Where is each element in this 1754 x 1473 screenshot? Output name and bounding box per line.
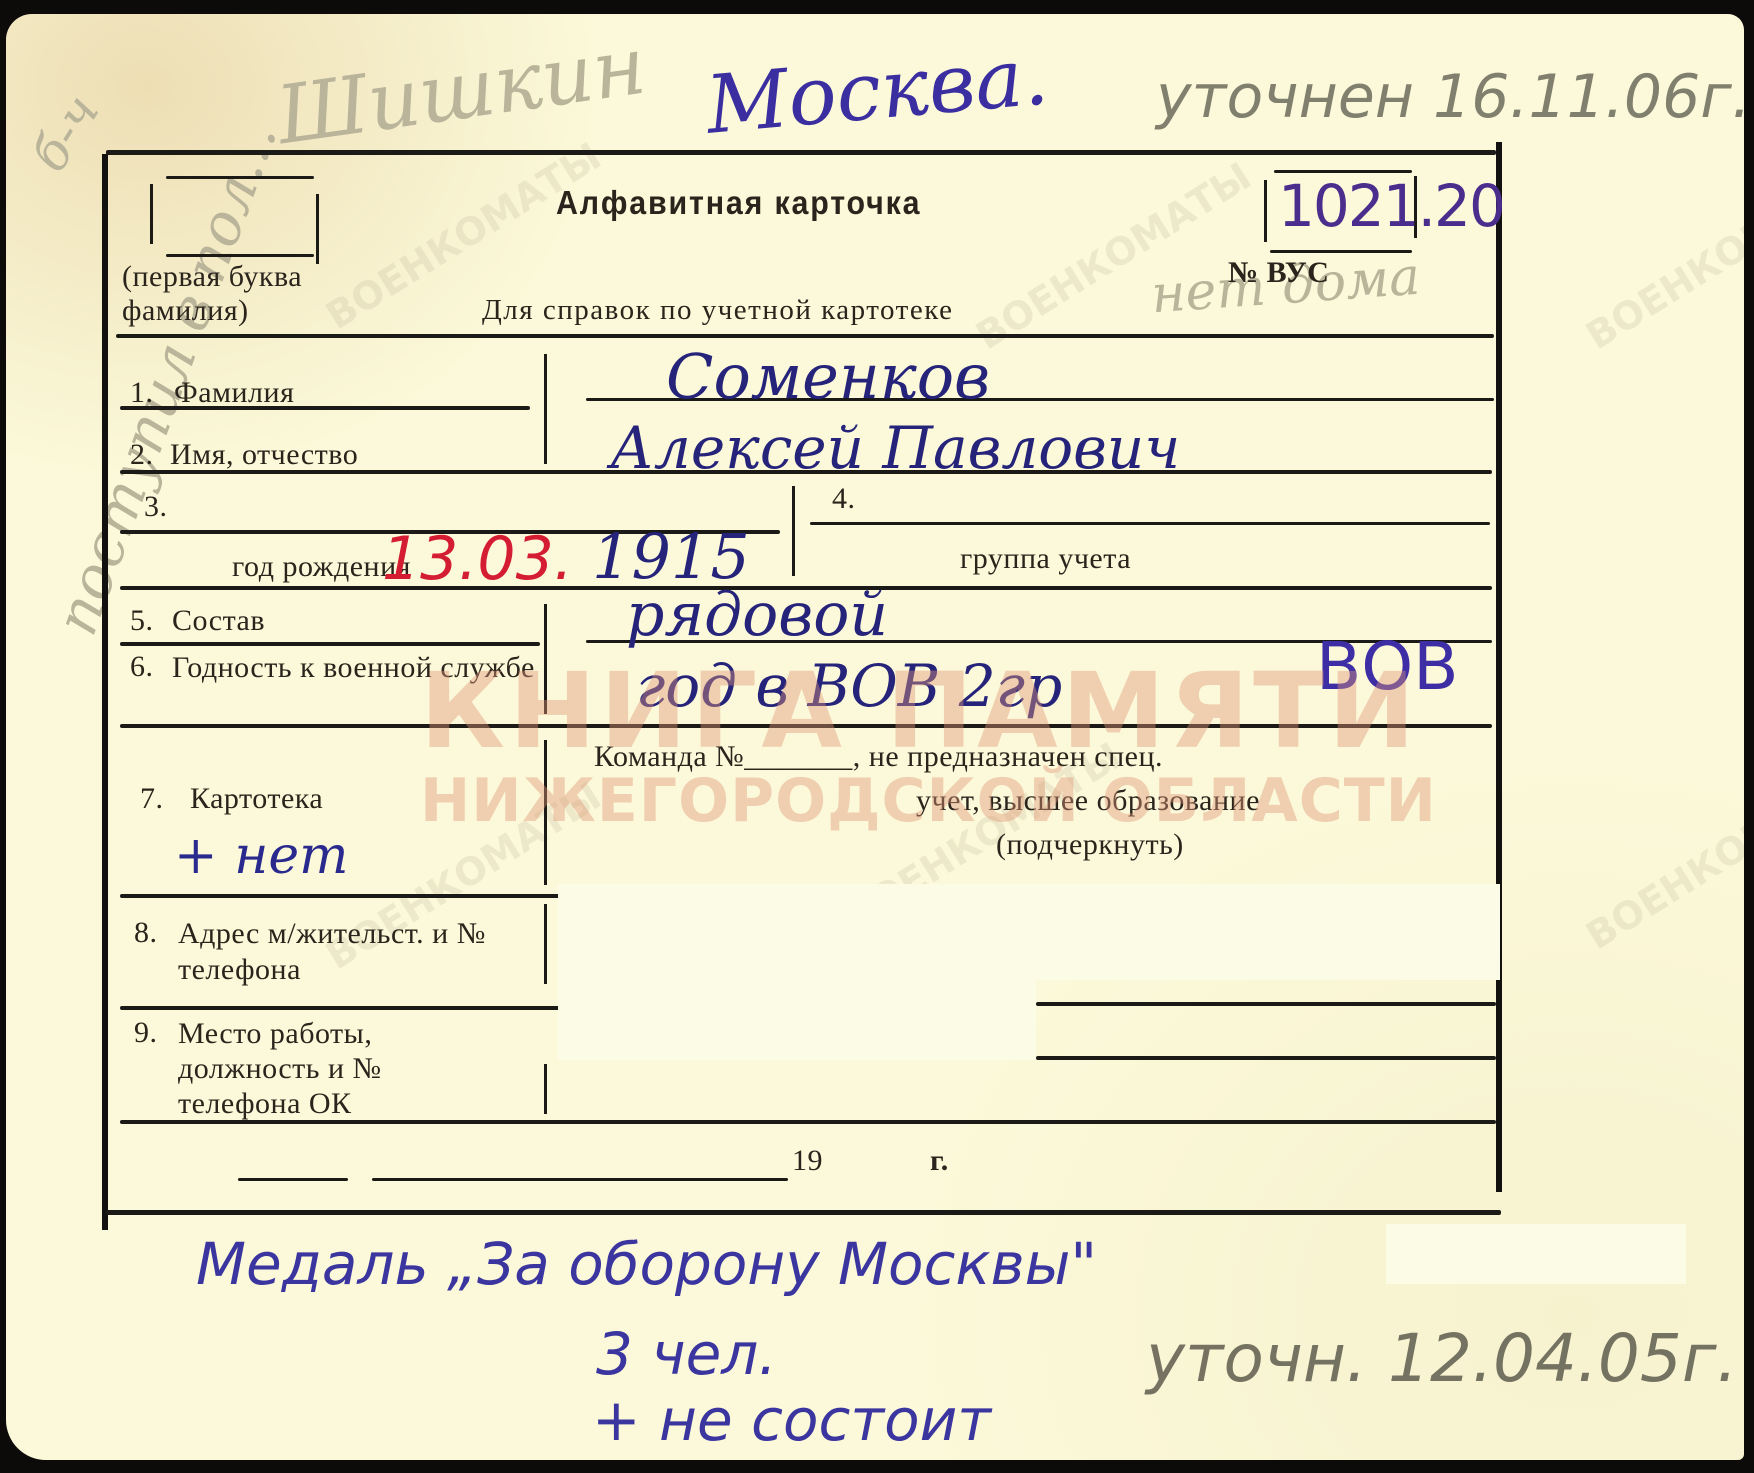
letter-box-top [166,176,314,179]
command-line-1: Команда №_______, не предназначен спец. [594,740,1163,774]
date-blank-day [238,1178,348,1181]
field-9-label: Место работы, должность и № телефона ОК [178,1016,468,1121]
field-9-num: 9. [134,1016,158,1050]
redacted-bottom-note [1386,1224,1686,1284]
letter-box-left [150,184,153,244]
date-year-suffix: г. [930,1144,949,1178]
watermark-diagonal: ВОЕНКОМАТЫ [1578,154,1744,358]
frame-left [102,154,108,1230]
field-4-num: 4. [832,482,856,516]
clarified-annotation-bottom: уточн. 12.04.05г. [1146,1320,1738,1397]
rule [1036,1056,1496,1060]
card-subtitle: Для справок по учетной картотеке [482,294,953,327]
column-divider-3-4 [792,486,795,576]
name-patronymic-value: Алексей Павлович [610,414,1180,482]
registration-card: ВОЕНКОМАТЫ ВОЕНКОМАТЫ ВОЕНКОМАТЫ ВОЕНКОМ… [6,14,1744,1460]
command-line-3: (подчеркнуть) [996,828,1184,862]
column-divider-top [544,354,547,464]
field-7-label: Картотека [190,782,323,816]
family-note: 3 чел. [596,1320,777,1388]
column-divider-8 [544,904,547,984]
date-blank-month [372,1178,788,1181]
date-year-prefix: 19 [792,1144,823,1178]
column-divider-9 [544,1064,547,1114]
field-8-label: Адрес м/жительст. и № телефона [178,916,518,988]
card-index-value: + нет [174,826,348,886]
field-3-num: 3. [144,490,168,524]
rule-header [116,334,1494,338]
letter-box-bottom [166,254,314,257]
field-2-label: Имя, отчество [170,438,358,472]
pencil-surname-note: Шишкин [271,19,651,163]
column-divider-5-6 [544,604,547,714]
first-letter-label: (первая буква фамилия) [122,260,382,328]
status-note: + не состоит [592,1386,991,1454]
redacted-workplace [558,980,1036,1060]
pencil-corner-note: б-ч [20,84,111,181]
rule [120,724,1492,728]
vus-number: 1021.20 [1278,172,1504,240]
field-7-num: 7. [140,782,164,816]
surname-value: Соменков [666,340,990,413]
letter-box-right [316,194,319,264]
field-4-label: группа учета [960,542,1131,576]
field-5-label: Состав [172,604,265,638]
redacted-address [558,884,1500,980]
frame-top [106,150,1496,155]
fitness-extra-value: ВОВ [1316,628,1459,705]
vus-label: № ВУС [1228,256,1329,290]
vus-box-left [1264,180,1267,242]
rule [120,1006,560,1010]
clarified-annotation-top: уточнен 16.11.06г. [1156,62,1744,132]
medal-note: Медаль „За оборону Москвы" [196,1230,1097,1298]
fitness-value: год в ВОВ 2гр [636,652,1062,720]
rule [810,522,1490,525]
frame-right [1496,142,1502,1192]
rule [120,642,540,646]
column-divider-7 [544,740,547,885]
card-title: Алфавитная карточка [556,184,921,222]
field-6-num: 6. [130,650,154,684]
field-2-num: 2. [130,438,154,472]
rule [1036,1002,1496,1006]
rank-value: рядовой [626,580,888,650]
watermark-diagonal: ВОЕНКОМАТЫ [1578,754,1744,958]
command-line-2: учет, высшее образование [916,784,1260,818]
field-6-label: Годность к военной службе [172,650,542,686]
vus-box-bottom [1270,250,1412,253]
birth-date-red: 13.03. [382,524,573,594]
field-5-num: 5. [130,604,154,638]
field-1-label: Фамилия [174,376,294,410]
field-8-num: 8. [134,916,158,950]
city-annotation: Москва. [703,29,1052,151]
frame-bottom [106,1210,1501,1215]
field-1-num: 1. [130,376,154,410]
watermark-diagonal: ВОЕНКОМАТЫ [968,154,1258,358]
